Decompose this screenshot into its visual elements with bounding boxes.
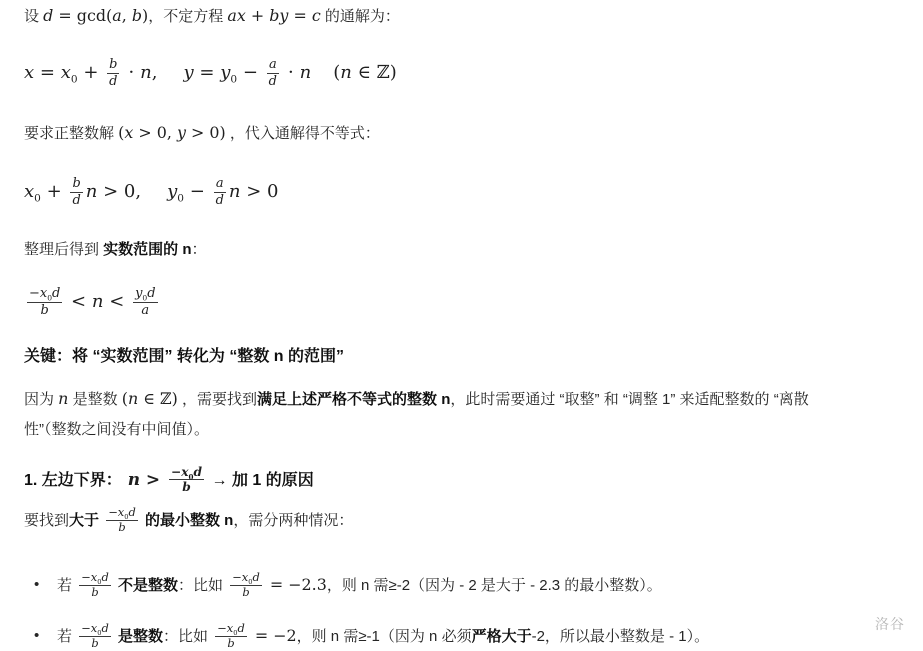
math-roman-segment: = — [288, 6, 311, 25]
fraction-numerator: −x0d — [230, 571, 262, 585]
math-italic-segment: n — [92, 291, 104, 312]
math-roman-segment: ⋅ — [122, 62, 140, 83]
text-segment: 要求正整数解 — [24, 125, 118, 142]
math-roman-segment: , — [152, 62, 158, 83]
text-segment: 设 — [24, 8, 43, 25]
math-italic-segment: n — [58, 389, 68, 408]
bullet-case-integer: • 若 −x0db 是整数：比如 −x0db = −2，则 n 需≥-1（因为 … — [24, 616, 891, 651]
bold-text-segment: 1. 左边下界： — [24, 472, 122, 489]
math-italic-segment: −x — [232, 570, 248, 584]
heading-lower-bound: 1. 左边下界： n > −x0db → 加 1 的原因 — [24, 459, 899, 501]
math-fraction: −x0db — [106, 506, 138, 534]
math-roman-segment: + — [246, 6, 269, 25]
math-roman-segment: < — [65, 291, 92, 312]
math-italic-segment: ax — [227, 6, 245, 25]
math-fraction: ad — [214, 176, 226, 208]
math-italic-segment: d — [43, 6, 53, 25]
bullet-text: 若 −x0db 是整数：比如 −x0db = −2，则 n 需≥-1（因为 n … — [57, 628, 709, 645]
fraction-numerator: −x0d — [215, 622, 247, 636]
math-italic-segment: a — [269, 57, 277, 72]
math-fraction: −x0db — [230, 571, 262, 599]
math-roman-segment: ∈ ℤ) — [352, 62, 397, 83]
math-italic-segment: n — [300, 62, 312, 83]
math-roman-segment: = gcd( — [53, 6, 112, 25]
fraction-denominator: b — [230, 585, 262, 600]
math-italic-segment: b — [182, 480, 191, 494]
math-italic-segment: y — [220, 62, 230, 83]
math-italic-segment: d — [109, 74, 117, 89]
math-subscript: 0 — [177, 192, 184, 204]
math-italic-segment: x — [24, 62, 34, 83]
paragraph-positive-condition: 要求正整数解 (x > 0, y > 0) ，代入通解得不等式： — [24, 119, 850, 148]
math-italic-segment: x — [24, 181, 34, 202]
paragraph-discreteness: 因为 n 是整数 (n ∈ ℤ) ，需要找到满足上述严格不等式的整数 n，此时需… — [24, 384, 842, 445]
bullet-text: 若 −x0db 不是整数：比如 −x0db = −2.3，则 n 需≥-2（因为… — [57, 577, 662, 594]
text-segment: 要找到 — [24, 512, 69, 529]
math-italic-segment: d — [101, 570, 108, 584]
math-fraction: −x0db — [169, 465, 204, 495]
fraction-denominator: d — [107, 73, 119, 89]
watermark-luogu: 洛谷 — [875, 614, 905, 634]
bold-text-segment: 满足上述严格不等式的整数 n — [257, 391, 450, 408]
fraction-numerator: a — [214, 176, 226, 191]
math-italic-segment: b — [242, 585, 249, 599]
math-italic-segment: −x — [217, 621, 233, 635]
text-segment: ，需要找到 — [178, 391, 257, 408]
math-roman-segment: > — [140, 469, 166, 489]
paragraph-setup: 设 d = gcd(a, b)，不定方程 ax + by = c 的通解为： — [24, 2, 850, 31]
text-segment: ：比如 — [163, 628, 212, 645]
math-fraction: −x0db — [79, 622, 111, 650]
fraction-denominator: b — [106, 520, 138, 535]
fraction-numerator: a — [267, 57, 279, 72]
math-italic-segment: n — [340, 62, 352, 83]
math-italic-segment: n — [229, 181, 241, 202]
math-roman-segment: − — [237, 62, 264, 83]
text-segment: ，不定方程 — [148, 8, 227, 25]
math-italic-segment: d — [147, 286, 155, 301]
math-fraction: −x0db — [215, 622, 247, 650]
math-italic-segment: b — [41, 303, 49, 318]
text-segment: 若 — [57, 577, 76, 594]
text-segment: 若 — [57, 628, 76, 645]
math-roman-segment: = −2.3 — [265, 575, 327, 594]
math-fraction: −x0db — [79, 571, 111, 599]
math-italic-segment: b — [91, 636, 98, 650]
math-n-range: −x0db < n < y0da — [24, 282, 899, 322]
math-italic-segment: y — [183, 62, 193, 83]
bold-text-segment: 大于 — [69, 512, 103, 529]
text-segment: 因为 — [24, 391, 58, 408]
math-italic-segment: by — [269, 6, 288, 25]
math-italic-segment: y — [177, 123, 186, 142]
math-italic-segment: d — [101, 621, 108, 635]
math-roman-segment: + — [41, 181, 68, 202]
math-italic-segment: b — [91, 585, 98, 599]
math-roman-segment: > 0, — [133, 123, 177, 142]
math-fraction: y0da — [133, 286, 157, 318]
math-italic-segment: a — [112, 6, 121, 25]
text-segment: 是整数 — [68, 391, 121, 408]
bullet-icon: • — [34, 565, 39, 605]
text-segment: ，代入通解得不等式： — [226, 125, 380, 142]
math-roman-segment: = — [34, 62, 61, 83]
fraction-denominator: d — [214, 192, 226, 208]
fraction-numerator: y0d — [133, 286, 157, 301]
math-general-solution: x = x0 + bd ⋅ n,y = y0 − ad ⋅ n(n ∈ ℤ) — [24, 53, 899, 93]
math-italic-segment: n — [128, 389, 138, 408]
fraction-numerator: −x0d — [27, 286, 62, 301]
math-italic-segment: n — [140, 62, 152, 83]
math-spacer — [157, 77, 183, 78]
math-roman-segment: , — [122, 6, 132, 25]
bold-text-segment: 关键：将 “实数范围” 转化为 “整数 n 的范围” — [24, 348, 344, 365]
text-segment: ： — [192, 241, 207, 258]
math-italic-segment: x — [124, 123, 133, 142]
math-italic-segment: d — [269, 74, 277, 89]
math-italic-segment: y — [167, 181, 177, 202]
math-roman-segment: − — [184, 181, 211, 202]
math-roman-segment: + — [78, 62, 105, 83]
math-inequalities: x0 + bdn > 0,y0 − adn > 0 — [24, 172, 899, 212]
bold-text-segment: 不是整数 — [114, 577, 178, 594]
math-italic-segment: −x — [81, 570, 97, 584]
math-italic-segment: b — [72, 176, 80, 191]
fraction-numerator: b — [107, 57, 119, 72]
fraction-numerator: −x0d — [169, 465, 204, 480]
math-italic-segment: b — [118, 520, 125, 534]
bold-text-segment: → 加 1 的原因 — [207, 472, 314, 489]
text-segment: -2，所以最小整数是 - 1）。 — [532, 628, 710, 645]
math-roman-segment: = — [194, 62, 221, 83]
document-content: 设 d = gcd(a, b)，不定方程 ax + by = c 的通解为： x… — [0, 0, 923, 651]
math-roman-segment: < — [104, 291, 131, 312]
math-italic-segment: −x — [108, 505, 124, 519]
text-segment: ：比如 — [178, 577, 227, 594]
math-fraction: −x0db — [27, 286, 62, 318]
heading-key-transform: 关键：将 “实数范围” 转化为 “整数 n 的范围” — [24, 344, 899, 370]
math-italic-segment: d — [72, 193, 80, 208]
math-italic-segment: d — [129, 505, 136, 519]
fraction-numerator: b — [70, 176, 82, 191]
fraction-denominator: b — [215, 636, 247, 651]
math-roman-segment: > 0) — [186, 123, 226, 142]
math-italic-segment: −x — [81, 621, 97, 635]
math-italic-segment: a — [216, 176, 224, 191]
bold-text-segment: 的最小整数 n — [141, 512, 234, 529]
paragraph-real-range: 整理后得到 实数范围的 n： — [24, 236, 850, 264]
math-roman-segment: > 0, — [97, 181, 141, 202]
fraction-denominator: b — [27, 302, 62, 318]
fraction-denominator: a — [133, 302, 157, 318]
math-italic-segment: a — [141, 303, 149, 318]
paragraph-two-cases: 要找到大于 −x0db 的最小整数 n，需分两种情况： — [24, 501, 850, 541]
math-spacer — [141, 196, 167, 197]
fraction-numerator: −x0d — [79, 571, 111, 585]
math-spacer — [311, 77, 333, 78]
math-italic-segment: b — [132, 6, 142, 25]
fraction-denominator: d — [70, 192, 82, 208]
math-fraction: bd — [107, 57, 119, 89]
math-italic-segment: d — [216, 193, 224, 208]
math-italic-segment: −x — [171, 465, 189, 479]
bold-text-segment: 是整数 — [114, 628, 163, 645]
text-segment: 的通解为： — [321, 8, 400, 25]
math-fraction: ad — [267, 57, 279, 89]
fraction-denominator: d — [267, 73, 279, 89]
text-segment: ，则 n 需≥-1（因为 n 必须 — [297, 628, 472, 645]
math-italic-segment: −x — [29, 286, 47, 301]
bullet-icon: • — [34, 616, 39, 651]
math-italic-segment: b — [109, 57, 117, 72]
math-italic-segment: d — [194, 465, 203, 479]
fraction-denominator: b — [79, 585, 111, 600]
math-roman-segment: > 0 — [240, 181, 278, 202]
math-roman-segment: ∈ ℤ) — [138, 389, 178, 408]
bullet-case-non-integer: • 若 −x0db 不是整数：比如 −x0db = −2.3，则 n 需≥-2（… — [24, 565, 891, 606]
bold-text-segment: 严格大于 — [472, 628, 532, 645]
bold-text-segment: 实数范围的 n — [103, 241, 191, 258]
text-segment: 整理后得到 — [24, 241, 103, 258]
math-italic-segment: n — [122, 469, 140, 489]
math-italic-segment: n — [86, 181, 98, 202]
math-italic-segment: c — [312, 6, 321, 25]
math-italic-segment: d — [52, 286, 60, 301]
fraction-numerator: −x0d — [106, 506, 138, 520]
math-roman-segment: = −2 — [250, 626, 297, 645]
fraction-denominator: b — [169, 479, 204, 495]
math-subscript: 0 — [71, 73, 78, 85]
fraction-numerator: −x0d — [79, 622, 111, 636]
math-subscript: 0 — [34, 192, 41, 204]
math-fraction: bd — [70, 176, 82, 208]
math-italic-segment: b — [227, 636, 234, 650]
text-segment: ，则 n 需≥-2（因为 - 2 是大于 - 2.3 的最小整数）。 — [327, 577, 662, 594]
math-italic-segment: d — [252, 570, 259, 584]
text-segment: ，需分两种情况： — [233, 512, 353, 529]
fraction-denominator: b — [79, 636, 111, 651]
math-roman-segment: ⋅ — [282, 62, 300, 83]
math-italic-segment: x — [61, 62, 71, 83]
math-italic-segment: d — [237, 621, 244, 635]
